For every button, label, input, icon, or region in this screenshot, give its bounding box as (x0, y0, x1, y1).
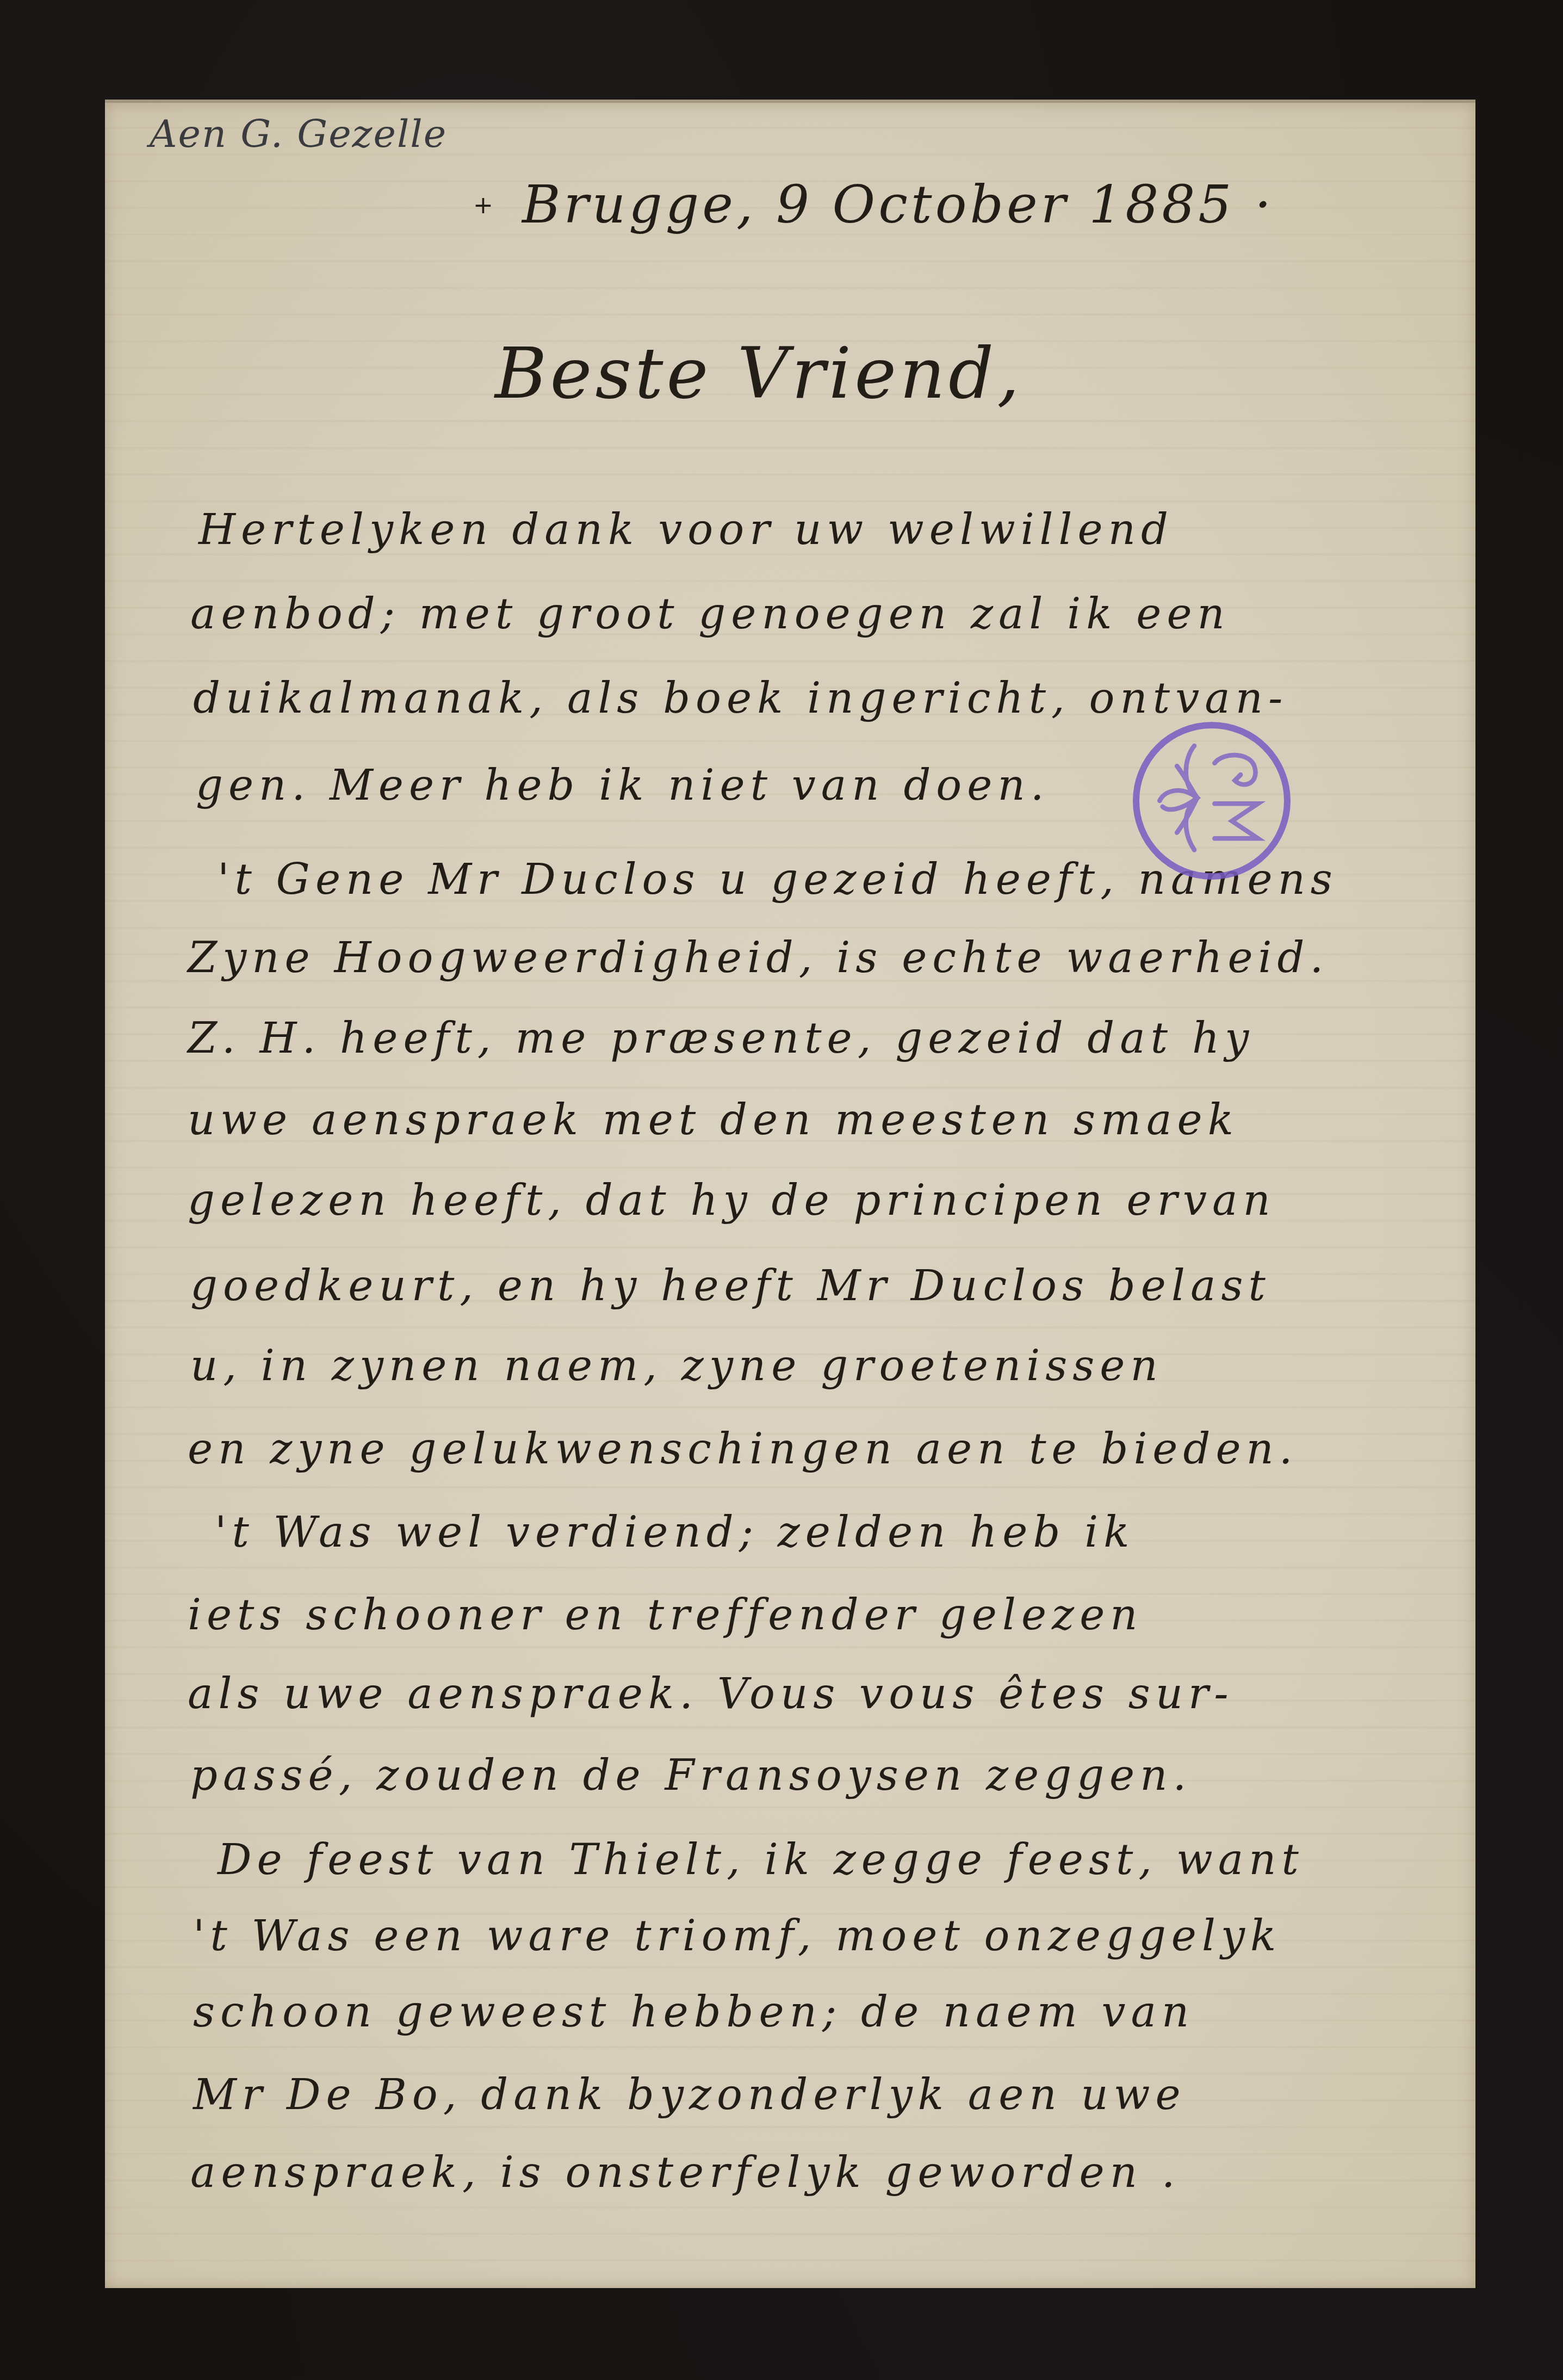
cross-mark: + (473, 191, 493, 219)
body-line: aenspraek, is onsterfelyk geworden . (190, 2152, 1181, 2194)
body-line: duikalmanak, als boek ingericht, ontvan- (193, 677, 1288, 720)
body-line: 't Was wel verdiend; zelden heb ik (215, 1511, 1134, 1554)
place-date-line: Brugge, 9 October 1885 · (522, 174, 1274, 235)
body-line: 't Was een ware triomf, moet onzeggelyk (193, 1915, 1281, 1957)
body-line: Mr De Bo, dank byzonderlyk aen uwe (193, 2074, 1186, 2116)
body-line: u, in zynen naem, zyne groetenissen (190, 1345, 1163, 1387)
fleur-de-lis-gm-monogram-icon (1139, 728, 1284, 873)
body-line: passé, zouden de Fransoysen zeggen. (190, 1754, 1192, 1797)
body-line: Zyne Hoogweerdigheid, is echte waerheid. (188, 937, 1329, 979)
body-line: als uwe aenspraek. Vous vous êtes sur- (188, 1673, 1234, 1715)
collection-stamp (1133, 722, 1291, 880)
body-line: iets schooner en treffender gelezen (188, 1594, 1143, 1636)
body-line: Z. H. heeft, me præsente, gezeid dat hy (188, 1017, 1254, 1060)
body-line: Hertelyken dank voor uw welwillend (199, 509, 1174, 551)
body-line: gelezen heeft, dat hy de principen ervan (188, 1179, 1276, 1222)
body-line: aenbod; met groot genoegen zal ik een (190, 593, 1230, 635)
body-line: schoon geweest hebben; de naem van (193, 1991, 1194, 2033)
recipient-annotation: Aen G. Gezelle (150, 112, 447, 156)
body-line: en zyne gelukwenschingen aen te bieden. (188, 1428, 1298, 1470)
body-line: uwe aenspraek met den meesten smaek (188, 1099, 1239, 1141)
body-line: De feest van Thielt, ik zegge feest, wan… (218, 1839, 1304, 1881)
body-line: goedkeurt, en hy heeft Mr Duclos belast (190, 1265, 1271, 1307)
body-line: gen. Meer heb ik niet van doen. (196, 764, 1049, 807)
salutation: Beste Vriend, (495, 332, 1022, 415)
